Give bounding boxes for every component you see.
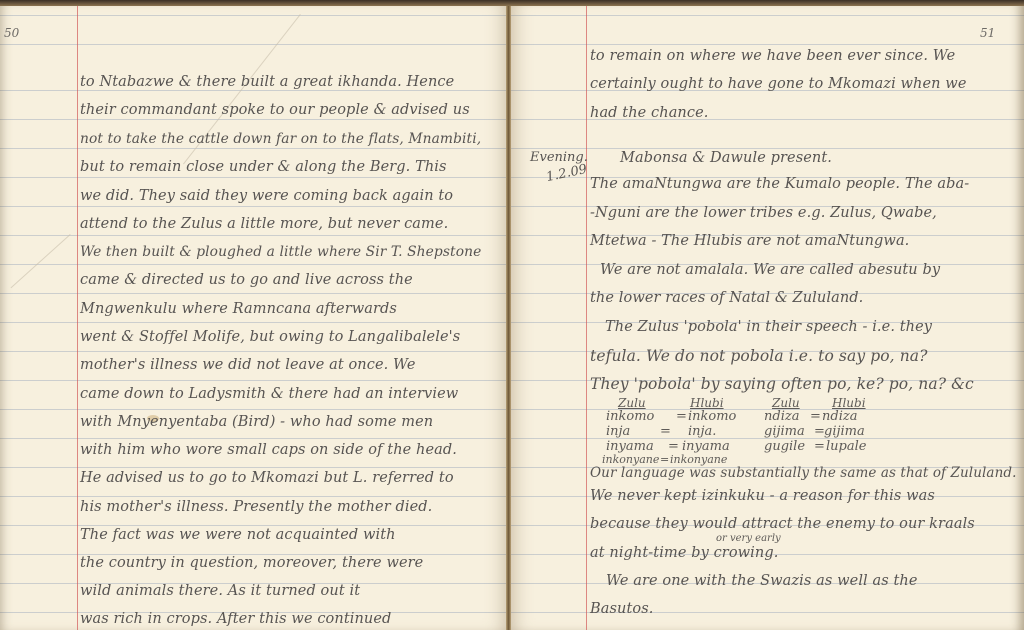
text-line: at night-time by crowing. — [590, 545, 778, 561]
text-line: wild animals there. As it turned out it — [80, 583, 360, 599]
text-line: to Ntabazwe & there built a great ikhand… — [80, 74, 454, 90]
text-line: They 'pobola' by saying often po, ke? po… — [590, 375, 974, 393]
text-line: He advised us to go to Mkomazi but L. re… — [80, 470, 454, 486]
text-line: went & Stoffel Molife, but owing to Lang… — [80, 329, 460, 345]
text-line: We are not amalala. We are called abesut… — [600, 262, 940, 278]
text-line: not to take the cattle down far on to th… — [80, 131, 481, 147]
text-line: Mtetwa - The Hlubis are not amaNtungwa. — [590, 233, 909, 249]
text-line: their commandant spoke to our people & a… — [80, 102, 470, 118]
page-number: 51 — [980, 26, 995, 40]
text-line: certainly ought to have gone to Mkomazi … — [590, 76, 967, 92]
table-cell: gijima — [824, 424, 865, 439]
table-cell: inyama — [606, 439, 654, 454]
text-line: came down to Ladysmith & there had an in… — [80, 386, 458, 402]
table-header: Zulu — [618, 396, 646, 410]
text-line: to remain on where we have been ever sin… — [590, 48, 955, 64]
table-cell: inkomo — [688, 409, 736, 424]
text-line: The Zulus 'pobola' in their speech - i.e… — [605, 319, 932, 335]
notebook-spread: 50 to Ntabazwe & there built a great ikh… — [0, 4, 1024, 630]
entry-heading: Mabonsa & Dawule present. — [620, 150, 832, 166]
text-line: The amaNtungwa are the Kumalo people. Th… — [590, 176, 969, 192]
text-line: had the chance. — [590, 105, 708, 121]
table-header: Zulu — [772, 396, 800, 410]
text-line: -Nguni are the lower tribes e.g. Zulus, … — [590, 205, 937, 221]
table-cell: ndiza — [822, 409, 857, 424]
left-page: 50 to Ntabazwe & there built a great ikh… — [0, 4, 508, 630]
text-line: attend to the Zulus a little more, but n… — [80, 216, 448, 232]
right-page: 51 to remain on where we have been ever … — [510, 4, 1024, 630]
text-line: with Mnyenyentaba (Bird) - who had some … — [80, 414, 433, 430]
text-line: we did. They said they were coming back … — [80, 188, 453, 204]
text-line: came & directed us to go and live across… — [80, 272, 413, 288]
margin-note-date: 1.2.09 — [545, 162, 589, 185]
table-cell: inja. — [688, 424, 716, 439]
text-line: but to remain close under & along the Be… — [80, 159, 447, 175]
text-line: Our language was substantially the same … — [590, 465, 1017, 481]
text-line: Basutos. — [590, 601, 654, 617]
table-header: Hlubi — [832, 396, 866, 410]
table-header: Hlubi — [690, 396, 724, 410]
text-line: We are one with the Swazis as well as th… — [606, 573, 918, 589]
text-line: because they would attract the enemy to … — [590, 516, 975, 532]
table-cell: gijima — [764, 424, 805, 439]
table-cell: lupale — [826, 439, 866, 454]
table-cell: inkomo — [606, 409, 654, 424]
table-cell: gugile — [764, 439, 805, 454]
table-cell: ndiza — [764, 409, 799, 424]
paper-crease — [11, 234, 71, 288]
insertion-note: or very early — [716, 533, 781, 544]
table-cell: inja — [606, 424, 630, 439]
text-line: We then built & ploughed a little where … — [80, 244, 481, 260]
text-line: was rich in crops. After this we continu… — [80, 611, 391, 627]
equals-sign: = — [668, 439, 679, 454]
equals-sign: = — [676, 409, 687, 424]
equals-sign: = — [814, 439, 825, 454]
left-margin-rule — [77, 4, 78, 630]
text-line: the lower races of Natal & Zululand. — [590, 290, 863, 306]
binding-gutter — [506, 4, 511, 630]
text-line: tefula. We do not pobola i.e. to say po,… — [590, 347, 928, 365]
text-line: the country in question, moreover, there… — [80, 555, 423, 571]
text-line: The fact was we were not acquainted with — [80, 527, 396, 543]
text-line: with him who wore small caps on side of … — [80, 442, 457, 458]
equals-sign: = — [810, 409, 821, 424]
text-line: mother's illness we did not leave at onc… — [80, 357, 416, 373]
text-line: his mother's illness. Presently the moth… — [80, 499, 432, 515]
text-line: We never kept izinkuku - a reason for th… — [590, 488, 935, 504]
right-margin-rule — [586, 4, 587, 630]
table-cell: inyama — [682, 439, 730, 454]
page-number: 50 — [4, 26, 19, 40]
book-top-edge — [0, 0, 1024, 6]
text-line: Mngwenkulu where Ramncana afterwards — [80, 301, 397, 317]
equals-sign: = — [660, 424, 671, 439]
